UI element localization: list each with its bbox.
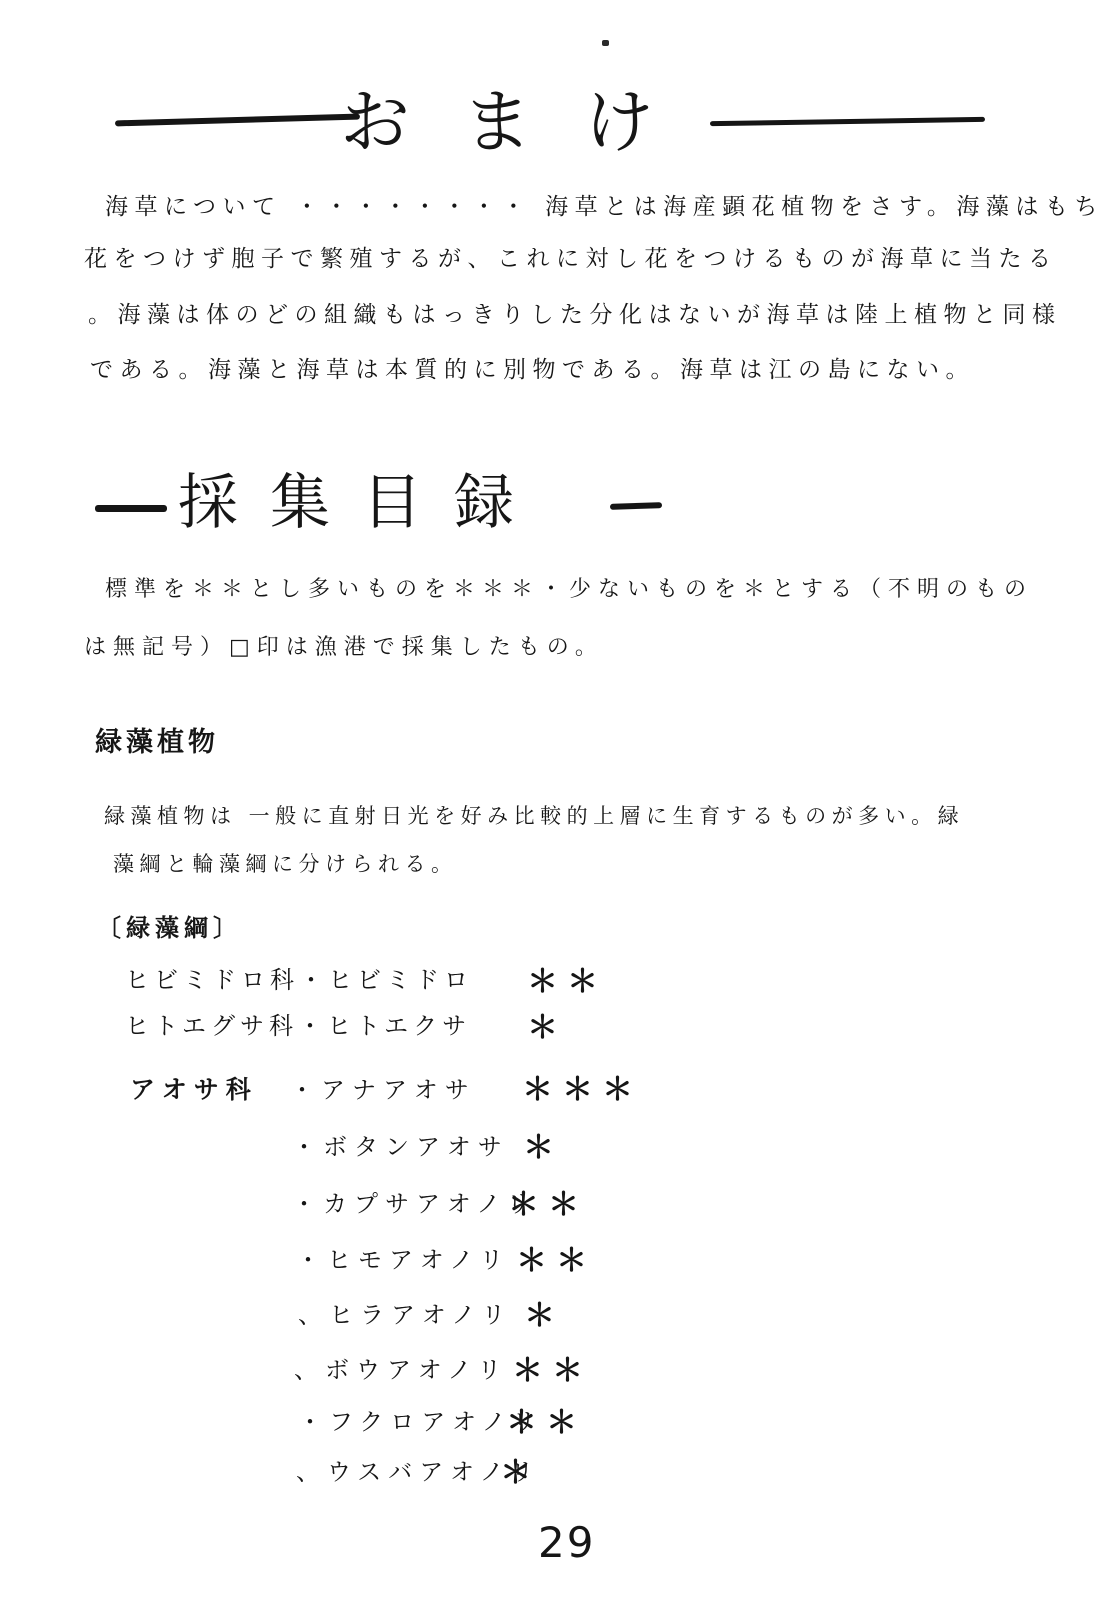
species-name: ・カプサアオノリ — [292, 1184, 537, 1219]
entry-label: ヒビミドロ科・ヒビミドロ — [125, 960, 473, 995]
species-name: ・ヒモアオノリ — [296, 1240, 510, 1275]
catalog-dash-left — [95, 505, 167, 512]
intro-line: 海草について ・・・・・・・・ 海草とは海産顕花植物をさす。海藻はもちろん — [105, 188, 1100, 221]
title-dash-left — [115, 114, 360, 127]
catalog-dash-right — [610, 502, 662, 510]
species-stars: ＊ — [500, 1447, 540, 1492]
entry-stars: ＊＊ — [527, 956, 607, 1001]
intro-line: 。海藻は体のどの組織もはっきりした分化はないが海草は陸上植物と同様 — [88, 296, 1062, 329]
species-stars: ＊＊ — [506, 1397, 586, 1442]
species-name: ・ボタンアオサ — [292, 1127, 509, 1162]
scan-speck — [602, 40, 609, 46]
class-heading: 〔緑藻綱〕 — [97, 908, 242, 943]
page-title: おまけ — [340, 66, 706, 167]
intro-line: である。海藻と海草は本質的に別物である。海草は江の島にない。 — [90, 351, 975, 384]
green-algae-heading: 緑藻植物 — [95, 720, 219, 759]
document-page: おまけ 海草について ・・・・・・・・ 海草とは海産顕花植物をさす。海藻はもちろ… — [0, 0, 1100, 1600]
title-dash-right — [710, 117, 985, 126]
species-name: 、ボウアオノリ — [294, 1350, 508, 1385]
legend-line: は無記号）□印は漁港で採集したもの。 — [84, 630, 604, 661]
species-stars: ＊＊ — [512, 1345, 592, 1390]
species-stars: ＊ — [524, 1290, 564, 1335]
species-stars: ＊＊ — [516, 1235, 596, 1280]
catalog-title: 採集目録 — [178, 455, 546, 541]
species-name: 、ヒラアオノリ — [298, 1295, 512, 1330]
family-label: アオサ科 — [130, 1070, 258, 1106]
legend-line: 標準を＊＊とし多いものを＊＊＊・少ないものを＊とする（不明のもの — [105, 572, 1033, 603]
species-stars: ＊＊ — [508, 1179, 588, 1224]
species-stars: ＊＊＊ — [522, 1064, 642, 1109]
page-number: 29 — [538, 1518, 595, 1567]
species-name: ・アナアオサ — [290, 1070, 476, 1105]
green-algae-description-line: 緑藻植物は 一般に直射日光を好み比較的上層に生育するものが多い。緑 — [104, 800, 964, 830]
green-algae-description-line: 藻綱と輪藻綱に分けられる。 — [113, 848, 458, 878]
intro-line: 花をつけず胞子で繁殖するが、これに対し花をつけるものが海草に当たる — [84, 240, 1058, 273]
entry-stars: ＊ — [527, 1002, 567, 1047]
entry-label: ヒトエグサ科・ヒトエクサ — [125, 1006, 471, 1041]
species-stars: ＊ — [523, 1122, 563, 1167]
